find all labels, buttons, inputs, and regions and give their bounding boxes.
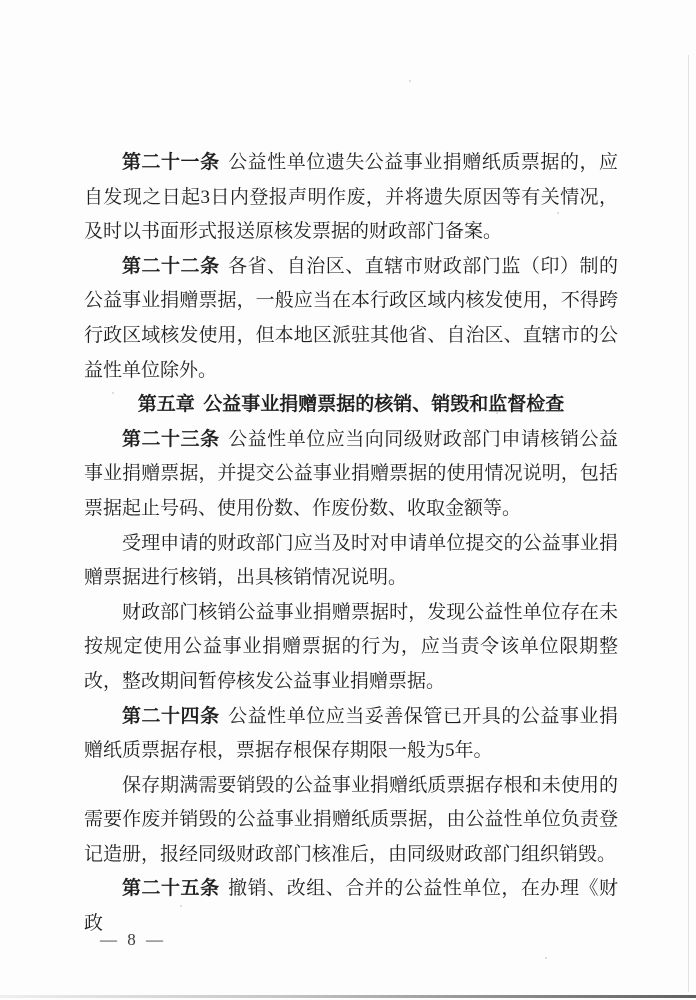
- article-21-paragraph: 第二十一条公益性单位遗失公益事业捐赠纸质票据的，应自发现之日起3日内登报声明作废…: [84, 146, 618, 250]
- scan-artifact-right-line: [688, 55, 689, 992]
- scan-speck: [557, 212, 559, 214]
- article-24-sub-paragraph: 保存期满需要销毁的公益事业捐赠纸质票据存根和未使用的需要作废并销毁的公益事业捐赠…: [84, 769, 618, 873]
- article-23-paragraph: 第二十三条公益性单位应当向同级财政部门申请核销公益事业捐赠票据，并提交公益事业捐…: [84, 423, 618, 527]
- chapter-5-title: 公益事业捐赠票据的核销、销毁和监督检查: [203, 394, 564, 415]
- article-22-number: 第二十二条: [122, 256, 220, 277]
- article-23-sub-text-2: 财政部门核销公益事业捐赠票据时，发现公益性单位存在未按规定使用公益事业捐赠票据的…: [84, 602, 618, 692]
- article-22-paragraph: 第二十二条各省、自治区、直辖市财政部门监（印）制的公益事业捐赠票据，一般应当在本…: [84, 250, 618, 388]
- article-24-paragraph: 第二十四条公益性单位应当妥善保管已开具的公益事业捐赠纸质票据存根，票据存根保存期…: [84, 700, 618, 769]
- page-number: — 8 —: [100, 930, 166, 950]
- scan-speck: [112, 392, 114, 394]
- chapter-5-number: 第五章: [138, 394, 195, 415]
- article-25-number: 第二十五条: [122, 878, 220, 899]
- article-23-sub-paragraph-1: 受理申请的财政部门应当及时对申请单位提交的公益事业捐赠票据进行核销，出具核销情况…: [84, 527, 618, 596]
- scan-speck: [545, 957, 547, 959]
- scan-speck: [496, 412, 498, 414]
- scan-speck: [180, 905, 182, 907]
- scan-speck: [409, 80, 411, 82]
- chapter-5-heading: 第五章公益事业捐赠票据的核销、销毁和监督检查: [84, 388, 618, 423]
- article-23-sub-paragraph-2: 财政部门核销公益事业捐赠票据时，发现公益性单位存在未按规定使用公益事业捐赠票据的…: [84, 596, 618, 700]
- article-23-sub-text-1: 受理申请的财政部门应当及时对申请单位提交的公益事业捐赠票据进行核销，出具核销情况…: [84, 533, 618, 589]
- scan-artifact-bottom-edge: [0, 995, 696, 998]
- document-body: 第二十一条公益性单位遗失公益事业捐赠纸质票据的，应自发现之日起3日内登报声明作废…: [84, 146, 618, 942]
- article-21-number: 第二十一条: [122, 152, 220, 173]
- article-24-number: 第二十四条: [122, 706, 220, 727]
- article-23-number: 第二十三条: [122, 429, 220, 450]
- article-24-sub-text: 保存期满需要销毁的公益事业捐赠纸质票据存根和未使用的需要作废并销毁的公益事业捐赠…: [84, 775, 618, 865]
- scanned-document-page: 第二十一条公益性单位遗失公益事业捐赠纸质票据的，应自发现之日起3日内登报声明作废…: [0, 0, 696, 1000]
